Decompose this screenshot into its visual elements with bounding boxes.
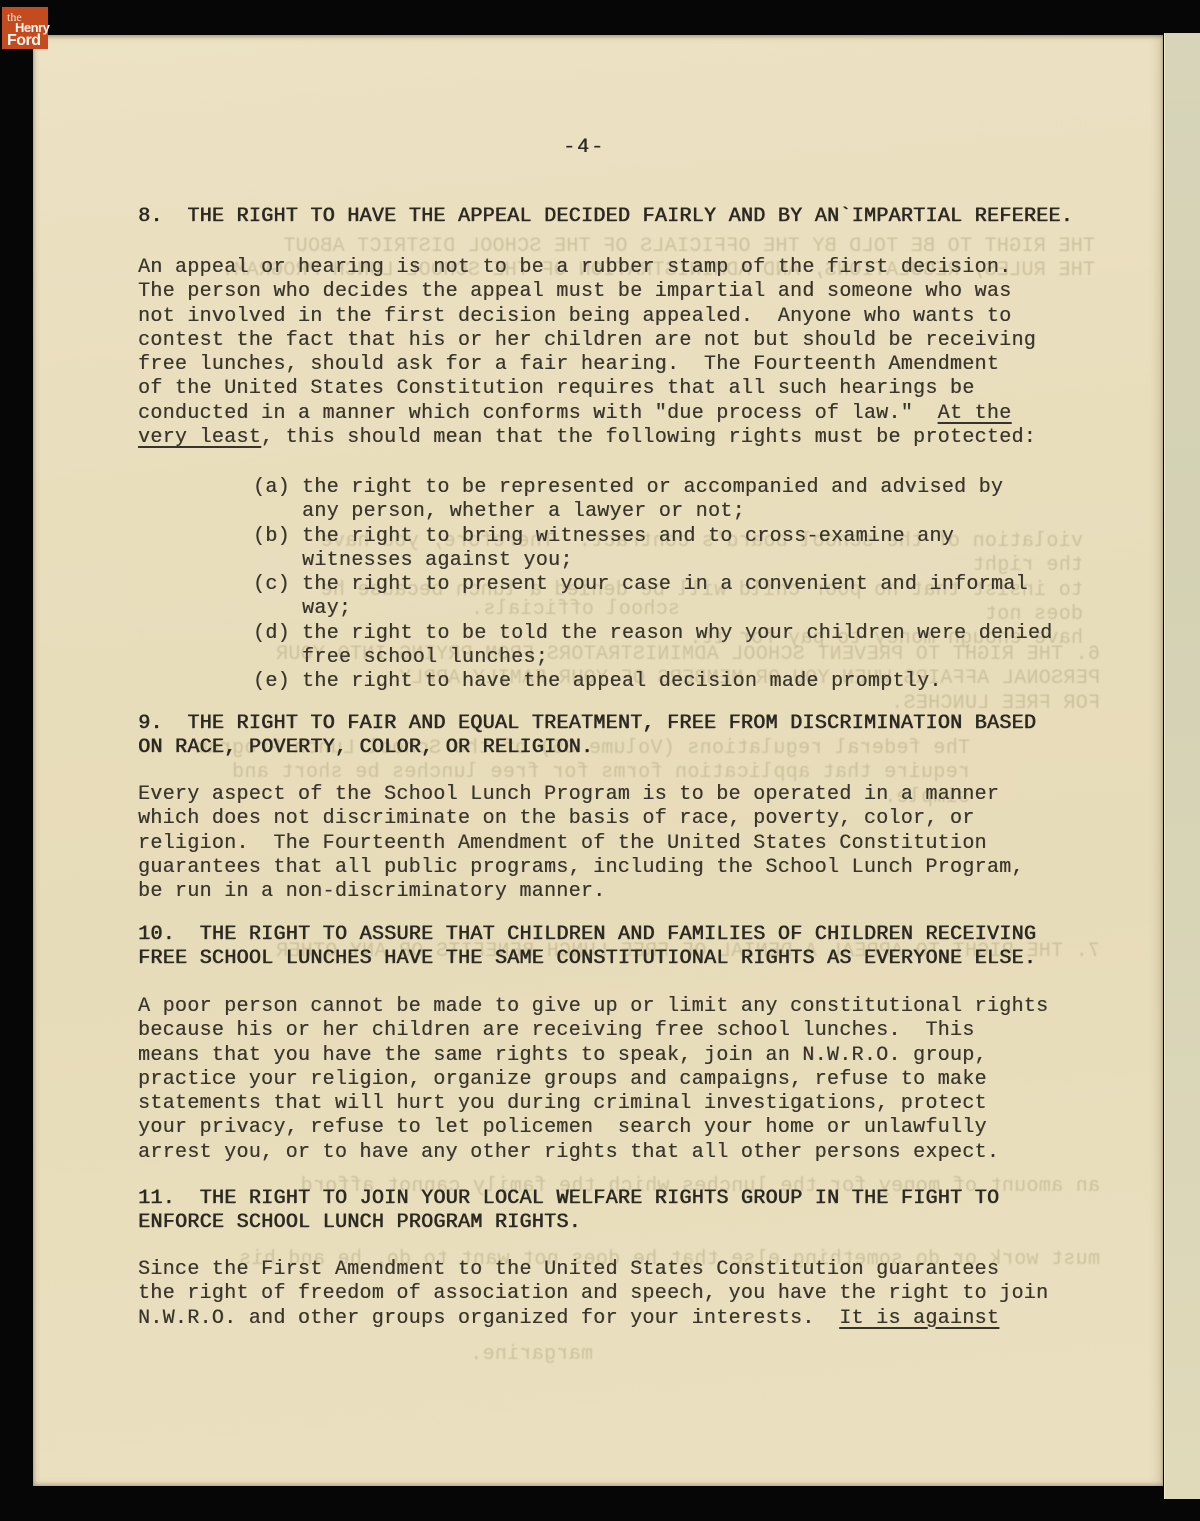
item-text: the right to present your case in a conv…: [302, 573, 1028, 620]
body-text: , this should mean that the following ri…: [261, 426, 1036, 449]
item-text: the right to bring witnesses and to cros…: [302, 525, 954, 572]
body-text: Every aspect of the School Lunch Program…: [138, 783, 1024, 903]
henry-ford-logo: the Henry Ford: [2, 7, 48, 49]
item-marker: (c): [253, 573, 290, 597]
section-9-paragraph: Every aspect of the School Lunch Program…: [138, 783, 1133, 904]
item-text: the right to be represented or accompani…: [302, 476, 1003, 523]
item-marker: (d): [253, 622, 290, 646]
item-marker: (b): [253, 525, 290, 549]
adjacent-page-edge: [1164, 33, 1200, 1499]
body-text: An appeal or hearing is not to be a rubb…: [138, 256, 1036, 425]
page-number: -4-: [563, 136, 605, 159]
section-10-heading: 10. THE RIGHT TO ASSURE THAT CHILDREN AN…: [138, 923, 1133, 972]
section-8-heading: 8. THE RIGHT TO HAVE THE APPEAL DECIDED …: [138, 205, 1133, 229]
list-item: (d)the right to be told the reason why y…: [253, 622, 1123, 671]
logo-ford: Ford: [7, 33, 41, 49]
section-11-paragraph: Since the First Amendment to the United …: [138, 1258, 1133, 1331]
underlined-text: It is against: [839, 1307, 999, 1330]
section-10-paragraph: A poor person cannot be made to give up …: [138, 995, 1133, 1165]
underlined-text: very least: [138, 426, 261, 449]
document-page: THE RIGHT TO BE TOLD BY THE OFFICIALS OF…: [33, 35, 1163, 1486]
section-9-heading: 9. THE RIGHT TO FAIR AND EQUAL TREATMENT…: [138, 712, 1133, 761]
item-marker: (e): [253, 670, 290, 694]
appeal-rights-list: (a)the right to be represented or accomp…: [253, 476, 1123, 695]
section-11-heading: 11. THE RIGHT TO JOIN YOUR LOCAL WELFARE…: [138, 1187, 1133, 1236]
list-item: (c)the right to present your case in a c…: [253, 573, 1123, 622]
item-marker: (a): [253, 476, 290, 500]
section-8-paragraph: An appeal or hearing is not to be a rubb…: [138, 256, 1133, 450]
list-item: (a)the right to be represented or accomp…: [253, 476, 1123, 525]
list-item: (b)the right to bring witnesses and to c…: [253, 525, 1123, 574]
list-item: (e)the right to have the appeal decision…: [253, 670, 1123, 694]
underlined-text: At the: [938, 402, 1012, 425]
bleed-through-fragment: margarine.: [453, 1343, 593, 1367]
item-text: the right to have the appeal decision ma…: [302, 670, 942, 693]
body-text: A poor person cannot be made to give up …: [138, 995, 1048, 1164]
item-text: the right to be told the reason why your…: [302, 622, 1052, 669]
